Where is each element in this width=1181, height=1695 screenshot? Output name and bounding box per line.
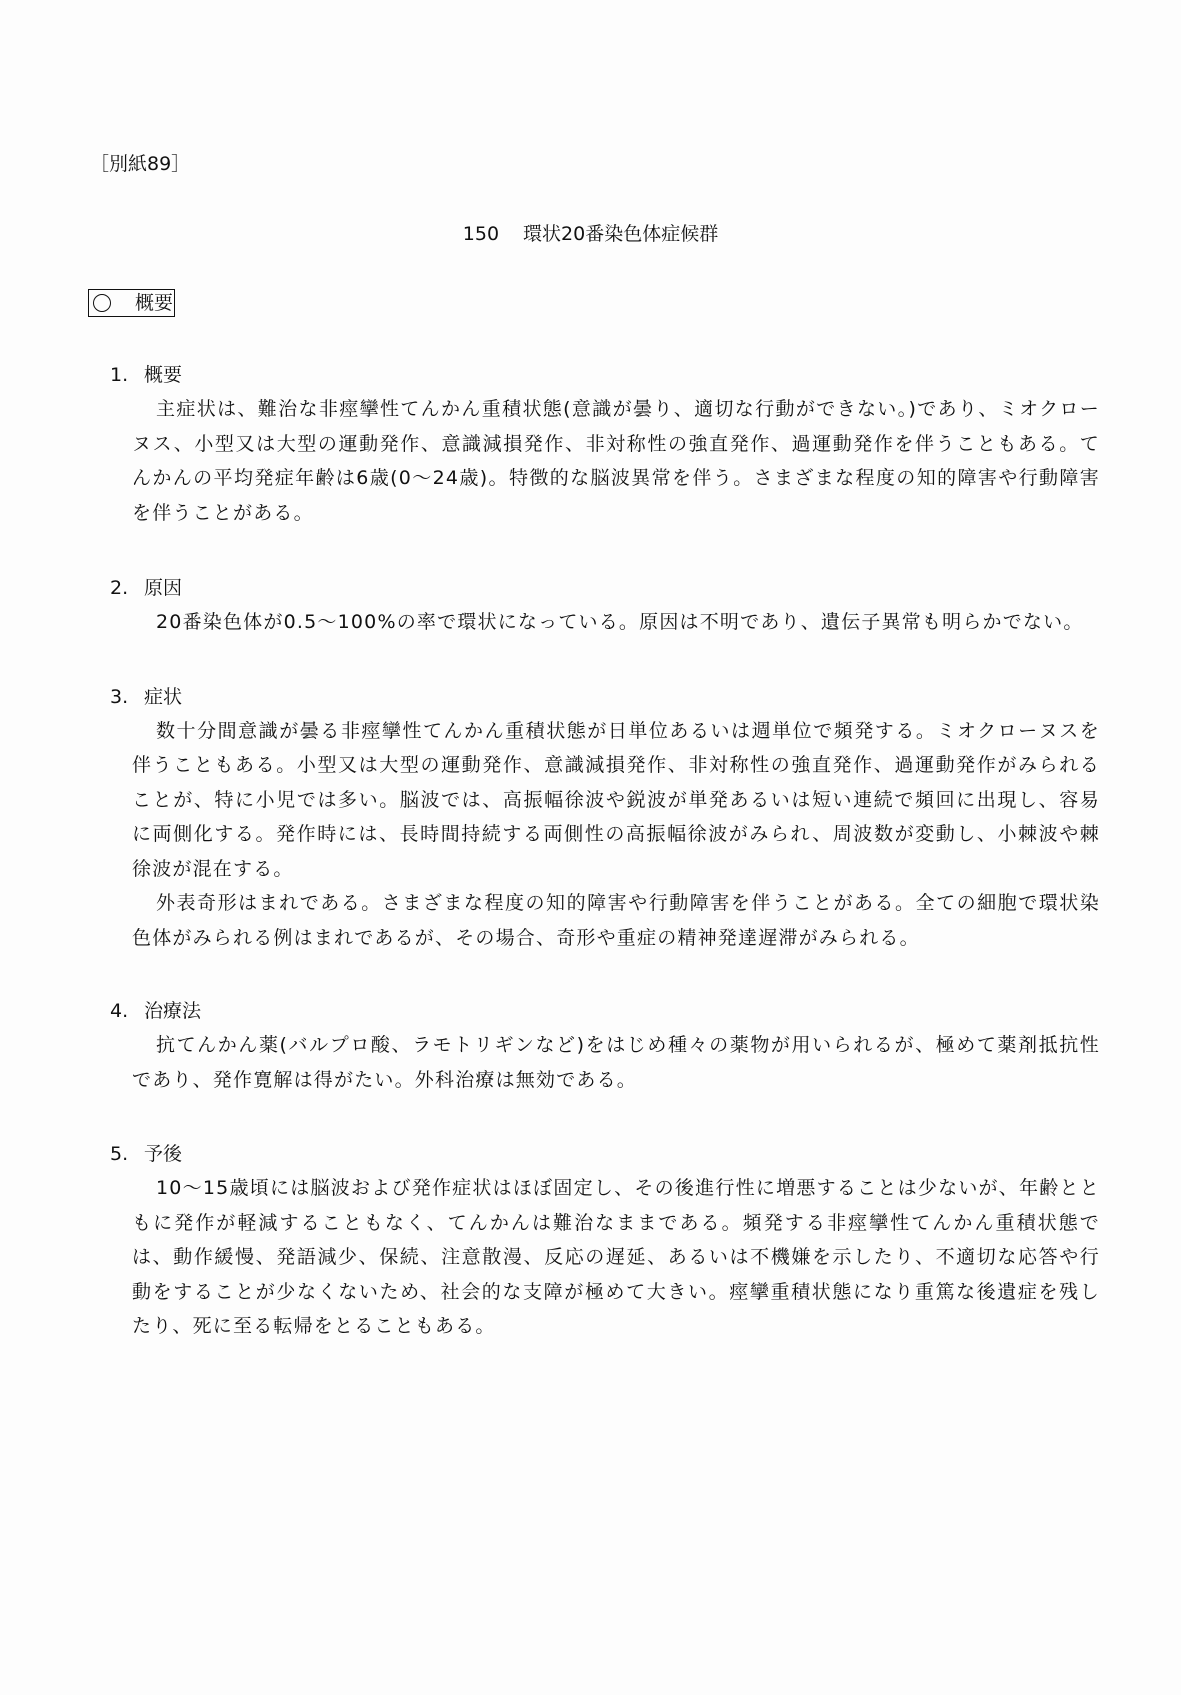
document-title: 150環状20番染色体症候群 (0, 222, 1181, 246)
title-text: 環状20番染色体症候群 (523, 223, 718, 245)
section-paragraph: 外表奇形はまれである。さまざまな程度の知的障害や行動障害を伴うことがある。全ての… (132, 886, 1100, 955)
section-title: 治療法 (144, 1000, 201, 1022)
section-paragraph: 10〜15歳頃には脳波および発作症状はほぼ固定し、その後進行性に増悪することは少… (132, 1171, 1100, 1344)
section-heading: 2.原因 (110, 571, 1100, 605)
section-number: 5. (110, 1137, 144, 1171)
annex-label: ［別紙89］ (90, 152, 190, 176)
section-paragraph: 20番染色体が0.5〜100%の率で環状になっている。原因は不明であり、遺伝子異… (132, 605, 1100, 640)
section-heading: 5.予後 (110, 1137, 1100, 1171)
section-symptoms: 3.症状 数十分間意識が曇る非痙攣性てんかん重積状態が日単位あるいは週単位で頻発… (110, 680, 1100, 956)
section-title: 概要 (144, 364, 182, 386)
section-heading: 4.治療法 (110, 994, 1100, 1028)
section-number: 4. (110, 994, 144, 1028)
section-treatment: 4.治療法 抗てんかん薬(バルプロ酸、ラモトリギンなど)をはじめ種々の薬物が用い… (110, 994, 1100, 1097)
section-paragraph: 抗てんかん薬(バルプロ酸、ラモトリギンなど)をはじめ種々の薬物が用いられるが、極… (132, 1028, 1100, 1097)
section-paragraph: 主症状は、難治な非痙攣性てんかん重積状態(意識が曇り、適切な行動ができない。)で… (132, 392, 1100, 530)
circle-icon (93, 294, 111, 312)
section-heading: 1.概要 (110, 358, 1100, 392)
title-number: 150 (463, 223, 499, 245)
section-prognosis: 5.予後 10〜15歳頃には脳波および発作症状はほぼ固定し、その後進行性に増悪す… (110, 1137, 1100, 1344)
section-number: 2. (110, 571, 144, 605)
section-number: 1. (110, 358, 144, 392)
section-paragraph: 数十分間意識が曇る非痙攣性てんかん重積状態が日単位あるいは週単位で頻発する。ミオ… (132, 714, 1100, 887)
section-title: 予後 (144, 1143, 182, 1165)
overview-section-box: 概要 (88, 289, 175, 317)
document-page: ［別紙89］ 150環状20番染色体症候群 概要 1.概要 主症状は、難治な非痙… (0, 0, 1181, 1695)
section-heading: 3.症状 (110, 680, 1100, 714)
section-cause: 2.原因 20番染色体が0.5〜100%の率で環状になっている。原因は不明であり… (110, 571, 1100, 640)
sections-container: 1.概要 主症状は、難治な非痙攣性てんかん重積状態(意識が曇り、適切な行動ができ… (110, 358, 1100, 1378)
section-title: 症状 (144, 686, 182, 708)
section-number: 3. (110, 680, 144, 714)
overview-box-label: 概要 (135, 291, 173, 315)
section-overview: 1.概要 主症状は、難治な非痙攣性てんかん重積状態(意識が曇り、適切な行動ができ… (110, 358, 1100, 530)
section-title: 原因 (144, 577, 182, 599)
